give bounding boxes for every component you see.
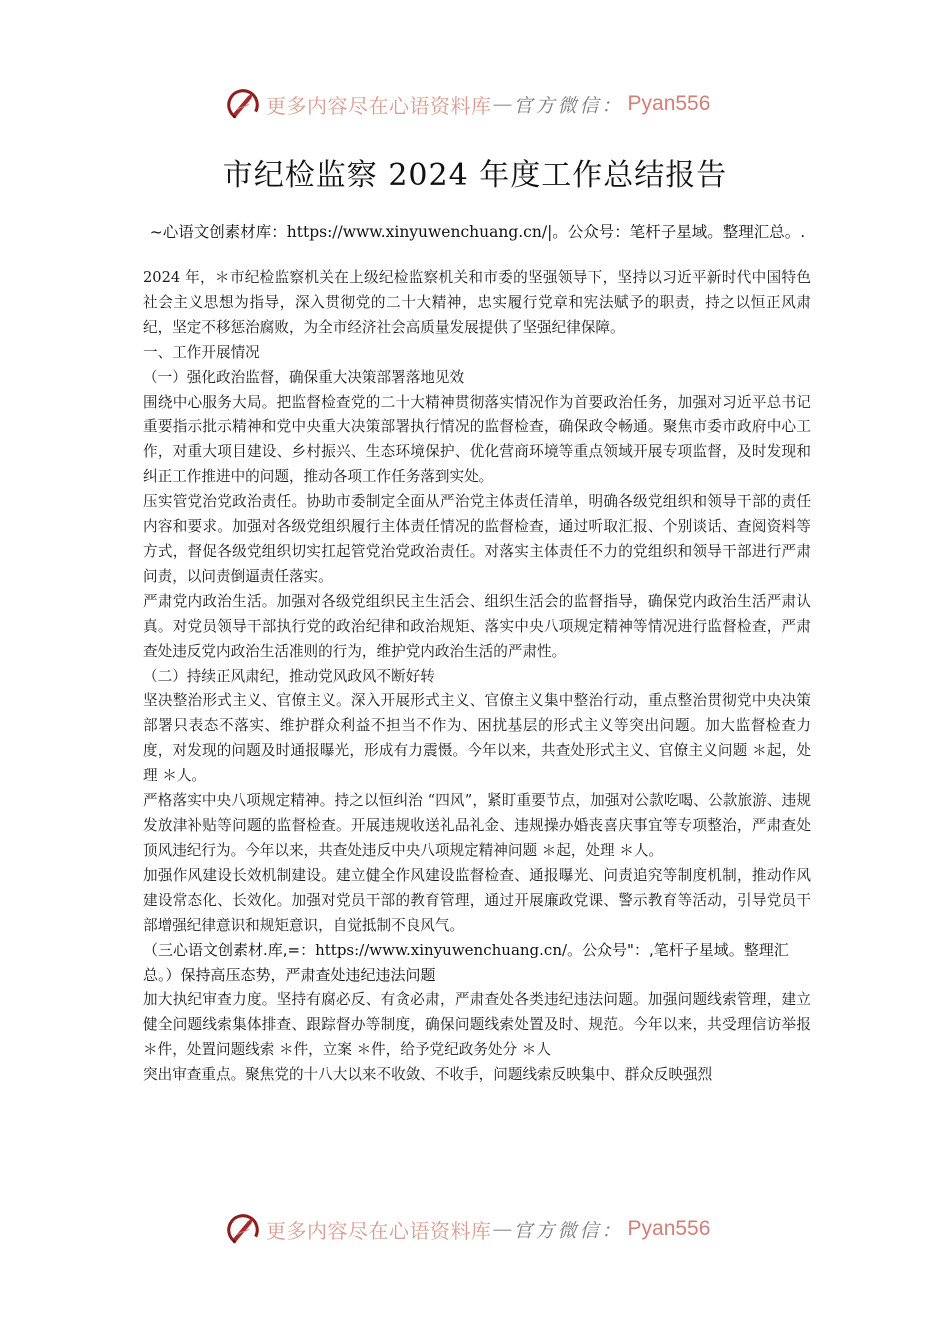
source-note-url: https://www.xinyuwenchuang.cn/| bbox=[287, 223, 553, 241]
paragraph: 严肃党内政治生活。加强对各级党组织民主生活会、组织生活会的监督指导，确保党内政治… bbox=[143, 590, 811, 665]
subsection-heading-2: （二）持续正风肃纪，推动党风政风不断好转 bbox=[143, 665, 811, 690]
banner-official-label: 官方微信： bbox=[514, 1216, 624, 1243]
paragraph: 加强作风建设长效机制建设。建立健全作风建设监督检查、通报曝光、问责追究等制度机制… bbox=[143, 864, 811, 939]
banner-dash: — bbox=[493, 92, 513, 116]
paragraph: 突出审查重点。聚焦党的十八大以来不收敛、不收手，问题线索反映集中、群众反映强烈 bbox=[143, 1063, 811, 1088]
quill-pen-logo-icon bbox=[224, 1210, 262, 1248]
paragraph: 严格落实中央八项规定精神。持之以恒纠治 “四风”，紧盯重要节点，加强对公款吃喝、… bbox=[143, 789, 811, 864]
page-title: 市纪检监察 2024 年度工作总结报告 bbox=[0, 150, 950, 194]
document-body: 2024 年，＊市纪检监察机关在上级纪检监察机关和市委的坚强领导下，坚持以习近平… bbox=[143, 266, 811, 1088]
note-prefix: （三心语文创素材.库,=： bbox=[143, 941, 315, 959]
paragraph: 坚决整治形式主义、官僚主义。深入开展形式主义、官僚主义集中整治行动，重点整治贯彻… bbox=[143, 689, 811, 789]
footer-watermark-banner: 更多内容尽在心语资料库 — 官方微信： Pyan556 bbox=[224, 1207, 724, 1251]
source-note: ~心语文创素材库：https://www.xinyuwenchuang.cn/|… bbox=[145, 220, 810, 244]
note-url: https://www.xinyuwenchuang.cn/ bbox=[315, 941, 567, 959]
section-heading-work-overview: 一、工作开展情况 bbox=[143, 341, 811, 366]
subsection-heading-3: （三心语文创素材.库,=：https://www.xinyuwenchuang.… bbox=[143, 938, 811, 988]
banner-main-text: 更多内容尽在心语资料库 bbox=[266, 90, 492, 119]
quill-pen-logo-icon bbox=[224, 85, 262, 123]
source-note-suffix: 。公众号：笔杆子星域。整理汇总。. bbox=[552, 223, 805, 241]
banner-wechat-id: Pyan556 bbox=[628, 1217, 711, 1241]
banner-official-label: 官方微信： bbox=[514, 91, 624, 118]
paragraph: 加大执纪审查力度。坚持有腐必反、有贪必肃，严肃查处各类违纪违法问题。加强问题线索… bbox=[143, 988, 811, 1063]
paragraph: 围绕中心服务大局。把监督检查党的二十大精神贯彻落实情况作为首要政治任务，加强对习… bbox=[143, 391, 811, 491]
source-note-prefix: ~心语文创素材库： bbox=[150, 223, 287, 241]
paragraph-intro: 2024 年，＊市纪检监察机关在上级纪检监察机关和市委的坚强领导下，坚持以习近平… bbox=[143, 266, 811, 341]
banner-dash: — bbox=[493, 1217, 513, 1241]
header-watermark-banner: 更多内容尽在心语资料库 — 官方微信： Pyan556 bbox=[224, 82, 724, 126]
paragraph: 压实管党治党政治责任。协助市委制定全面从严治党主体责任清单，明确各级党组织和领导… bbox=[143, 490, 811, 590]
banner-main-text: 更多内容尽在心语资料库 bbox=[266, 1215, 492, 1244]
subsection-heading-1: （一）强化政治监督，确保重大决策部署落地见效 bbox=[143, 366, 811, 391]
banner-wechat-id: Pyan556 bbox=[628, 92, 711, 116]
